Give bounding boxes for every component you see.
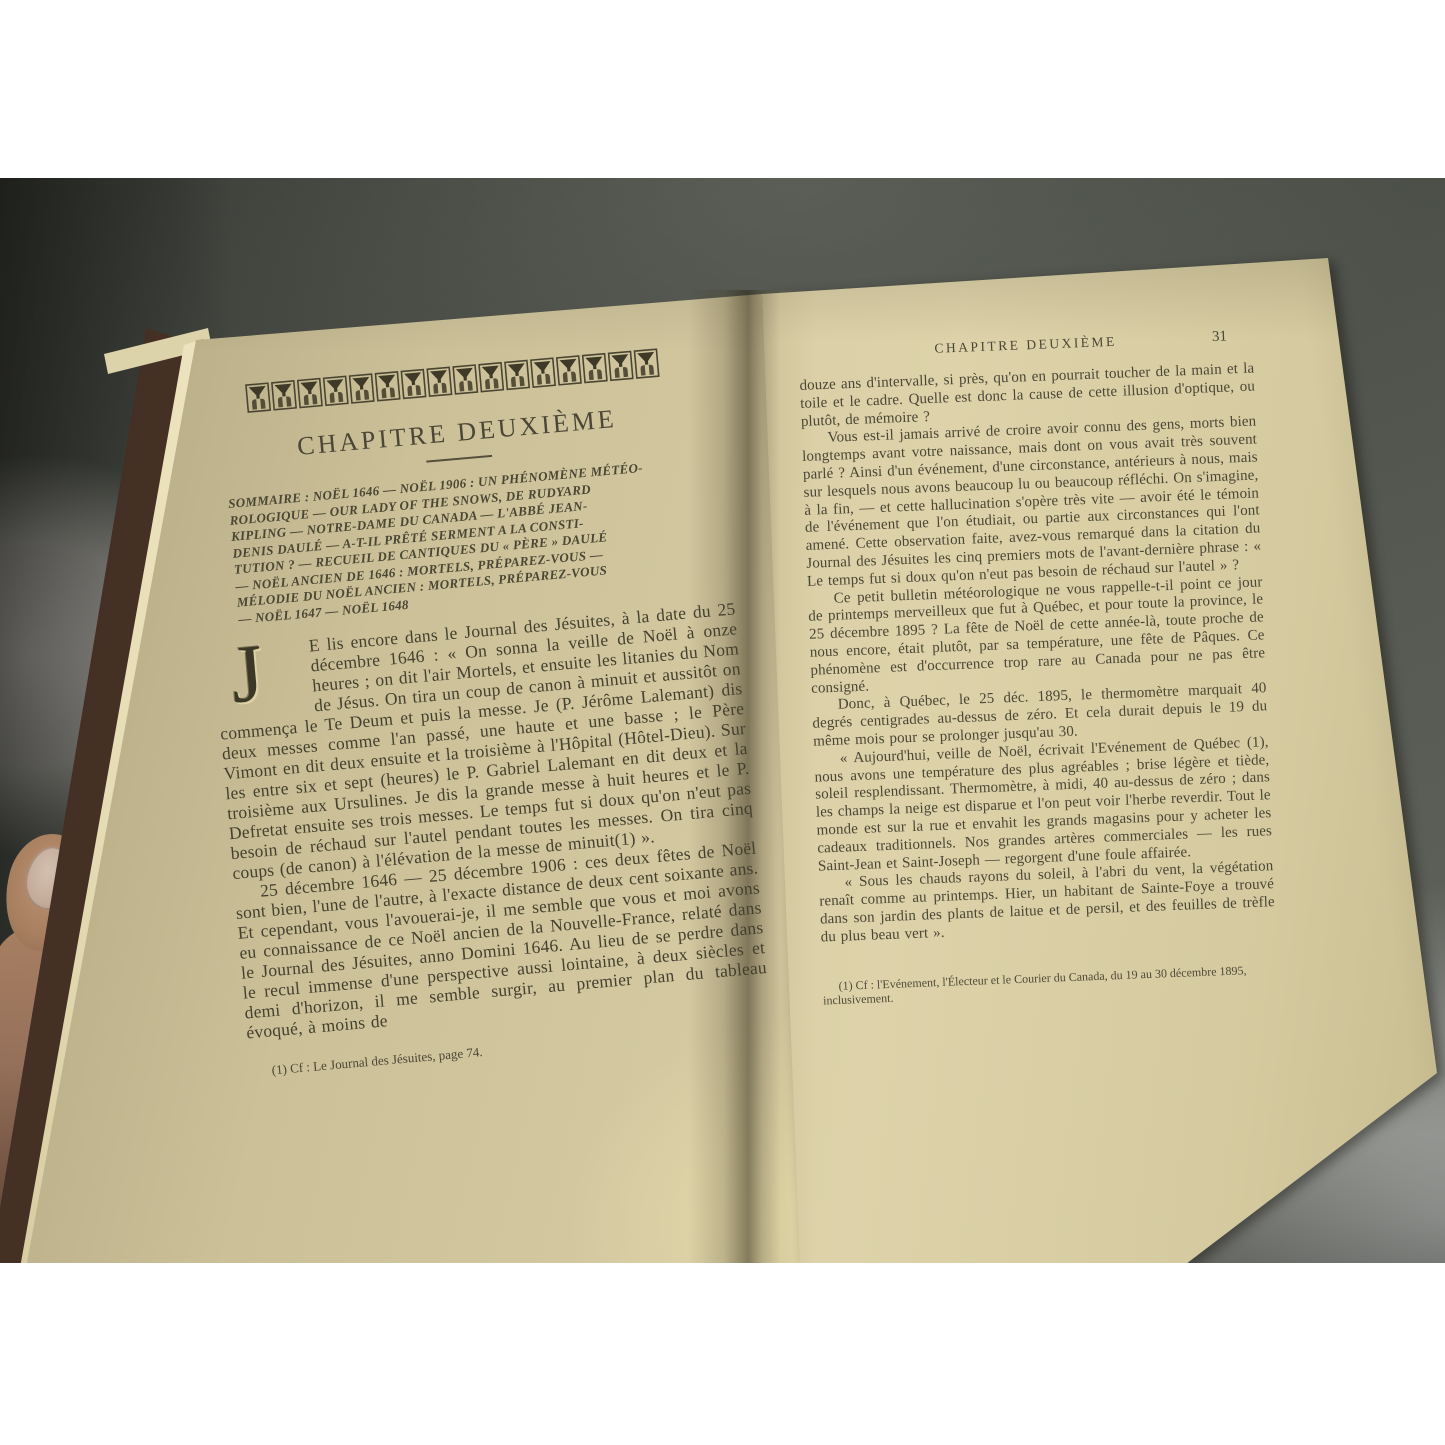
ornament-icon — [452, 363, 479, 396]
ornament-icon — [348, 372, 375, 405]
letterbox-top — [0, 0, 1445, 178]
ornament-icon — [478, 361, 505, 394]
ornament-icon — [633, 347, 660, 380]
ornament-icon — [245, 381, 272, 414]
photo-of-open-book: CHAPITRE DEUXIÈME SOMMAIRE : NOËL 1646 —… — [0, 0, 1445, 1445]
right-page-content: CHAPITRE DEUXIÈME 31 douze ans d'interva… — [798, 329, 1278, 1008]
paragraph: « Aujourd'hui, veille de Noël, écrivait … — [814, 734, 1273, 876]
ornament-icon — [607, 349, 634, 382]
paragraph: JE lis encore dans le Journal des Jésuit… — [212, 598, 755, 883]
ornament-icon — [322, 374, 349, 407]
paragraph: Ce petit bulletin météorologique ne vous… — [807, 574, 1266, 698]
dropcap-initial: J — [229, 640, 306, 706]
ornament-icon — [297, 377, 324, 410]
left-page-content: CHAPITRE DEUXIÈME SOMMAIRE : NOËL 1646 —… — [190, 342, 773, 1080]
ornament-icon — [530, 356, 557, 389]
paragraph: Vous est-il jamais arrivé de croire avoi… — [801, 414, 1262, 592]
photo-background: CHAPITRE DEUXIÈME SOMMAIRE : NOËL 1646 —… — [0, 178, 1445, 1263]
ornament-icon — [400, 368, 427, 401]
ornament-icon — [504, 358, 531, 391]
ornament-icon — [271, 379, 298, 412]
ornament-icon — [582, 352, 609, 385]
ornament-icon — [374, 370, 401, 403]
letterbox-bottom — [0, 1263, 1445, 1445]
ornament-icon — [556, 354, 583, 387]
sommaire: SOMMAIRE : NOËL 1646 — NOËL 1906 : UN PH… — [228, 453, 734, 628]
ornament-icon — [426, 365, 453, 398]
title-rule — [426, 455, 492, 463]
page-number: 31 — [1212, 329, 1228, 347]
